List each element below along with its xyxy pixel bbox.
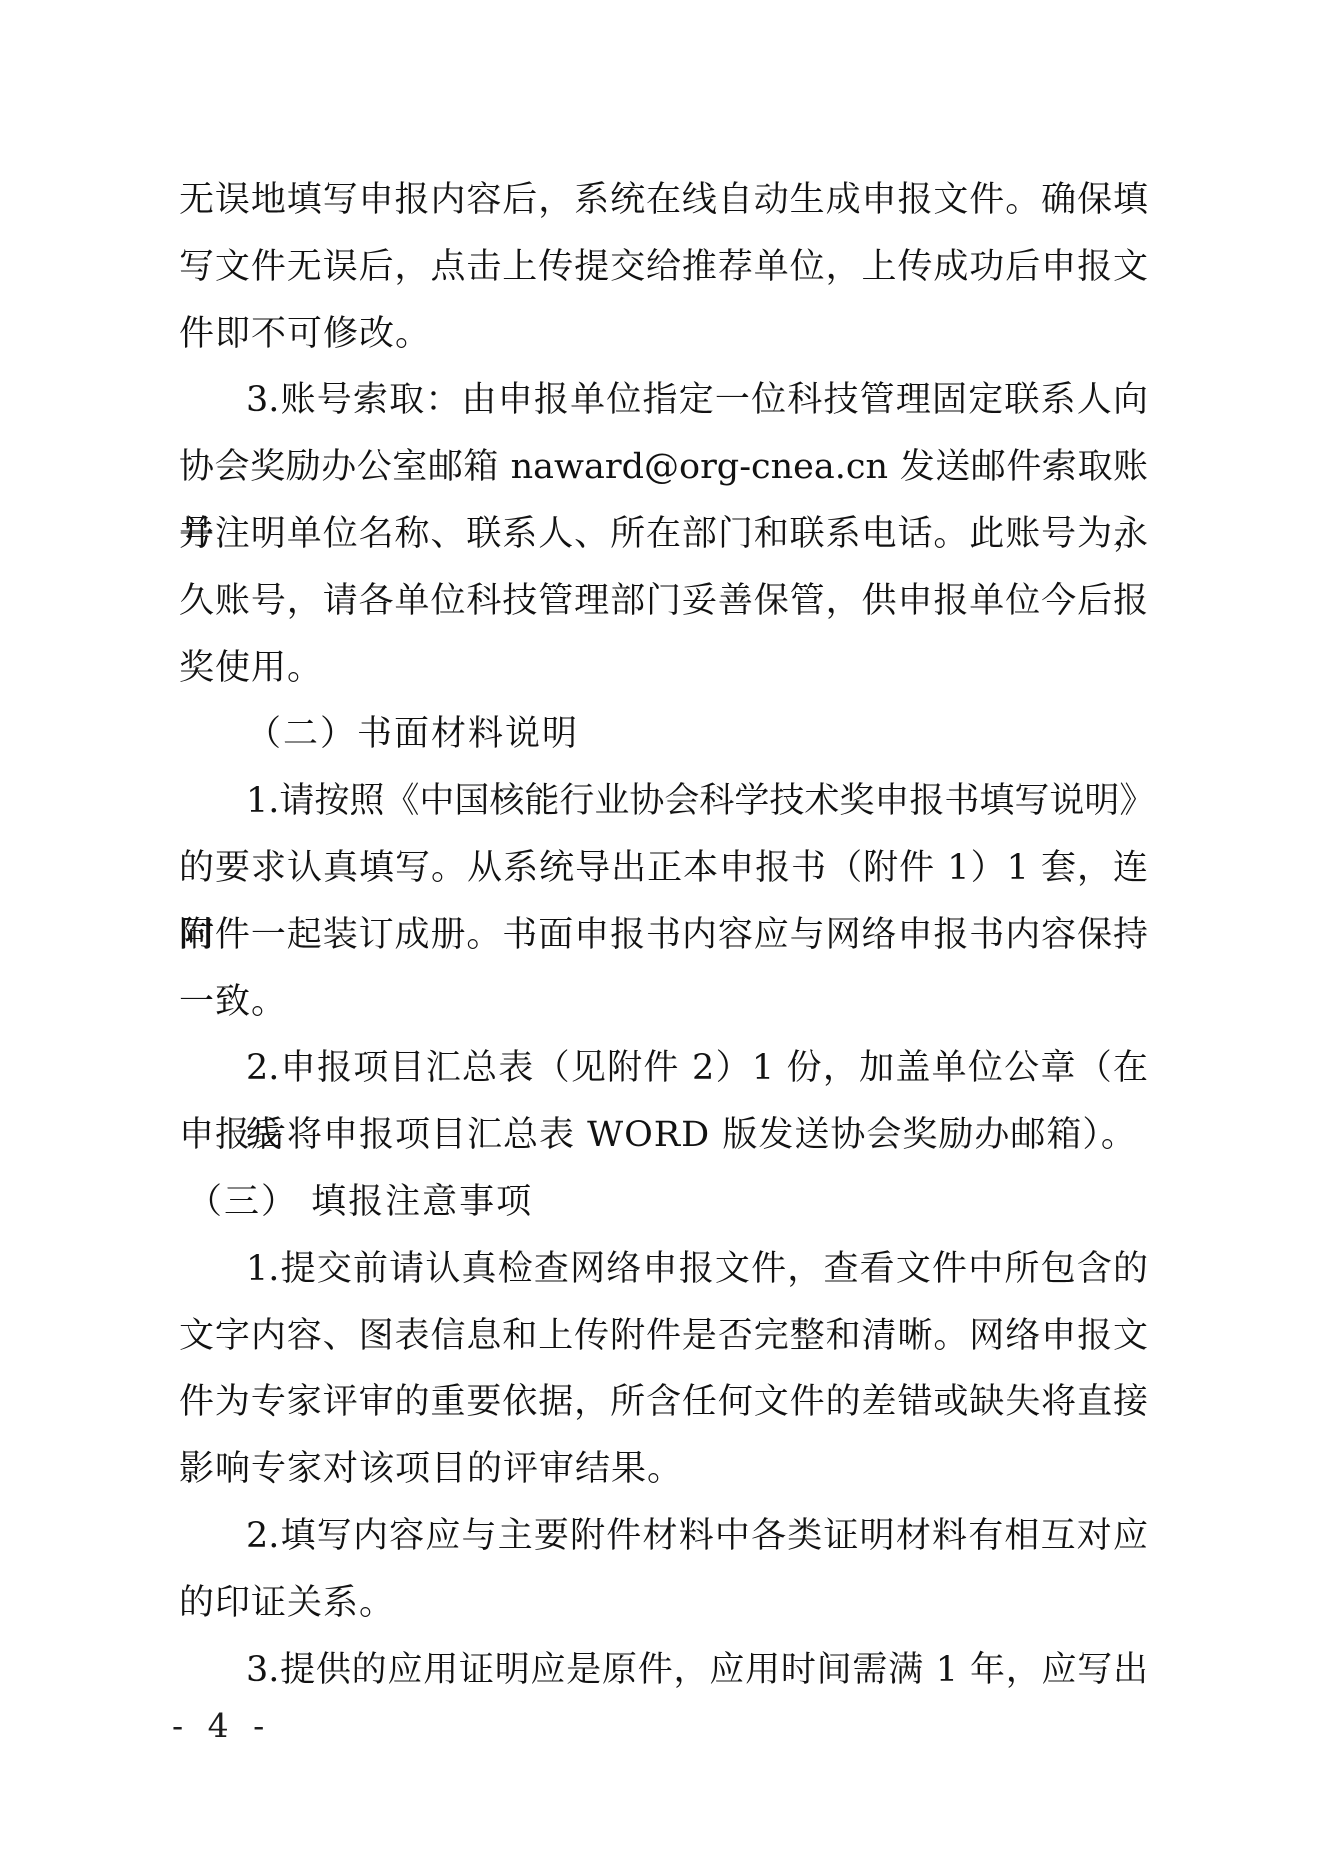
text-line: 无误地填写申报内容后，系统在线自动生成申报文件。确保填 (179, 167, 1148, 234)
text-line: 2.填写内容应与主要附件材料中各类证明材料有相互对应 (179, 1503, 1148, 1570)
text-line: 的印证关系。 (179, 1570, 1148, 1637)
text-line: 协会奖励办公室邮箱 naward@org-cnea.cn 发送邮件索取账号， (179, 434, 1148, 501)
text-line: 件为专家评审的重要依据，所含任何文件的差错或缺失将直接 (179, 1369, 1148, 1436)
text-line: 2.申报项目汇总表（见附件 2）1 份，加盖单位公章（在线 (179, 1035, 1148, 1102)
text-line: 一致。 (179, 969, 1148, 1036)
text-line: 奖使用。 (179, 635, 1148, 702)
text-line: 1.提交前请认真检查网络申报文件，查看文件中所包含的 (179, 1236, 1148, 1303)
document-page: 无误地填写申报内容后，系统在线自动生成申报文件。确保填写文件无误后，点击上传提交… (0, 0, 1325, 1871)
page-number: - 4 - (172, 1706, 271, 1745)
text-line: 申报后将申报项目汇总表 WORD 版发送协会奖励办邮箱）。 (179, 1102, 1148, 1169)
text-line: 写文件无误后，点击上传提交给推荐单位，上传成功后申报文 (179, 234, 1148, 301)
section-heading: （三） 填报注意事项 (179, 1169, 1148, 1236)
text-line: 3.账号索取：由申报单位指定一位科技管理固定联系人向 (179, 367, 1148, 434)
text-line: 并注明单位名称、联系人、所在部门和联系电话。此账号为永 (179, 501, 1148, 568)
text-line: 附件一起装订成册。书面申报书内容应与网络申报书内容保持 (179, 902, 1148, 969)
text-line: 1.请按照《中国核能行业协会科学技术奖申报书填写说明》 (179, 768, 1148, 835)
text-line: 影响专家对该项目的评审结果。 (179, 1436, 1148, 1503)
text-line: 3.提供的应用证明应是原件，应用时间需满 1 年，应写出 (179, 1637, 1148, 1704)
document-body: 无误地填写申报内容后，系统在线自动生成申报文件。确保填写文件无误后，点击上传提交… (179, 167, 1148, 1703)
text-line: 文字内容、图表信息和上传附件是否完整和清晰。网络申报文 (179, 1303, 1148, 1370)
text-line: 件即不可修改。 (179, 301, 1148, 368)
text-line: 久账号，请各单位科技管理部门妥善保管，供申报单位今后报 (179, 568, 1148, 635)
section-heading: （二）书面材料说明 (179, 701, 1148, 768)
text-line: 的要求认真填写。从系统导出正本申报书（附件 1）1 套，连同 (179, 835, 1148, 902)
